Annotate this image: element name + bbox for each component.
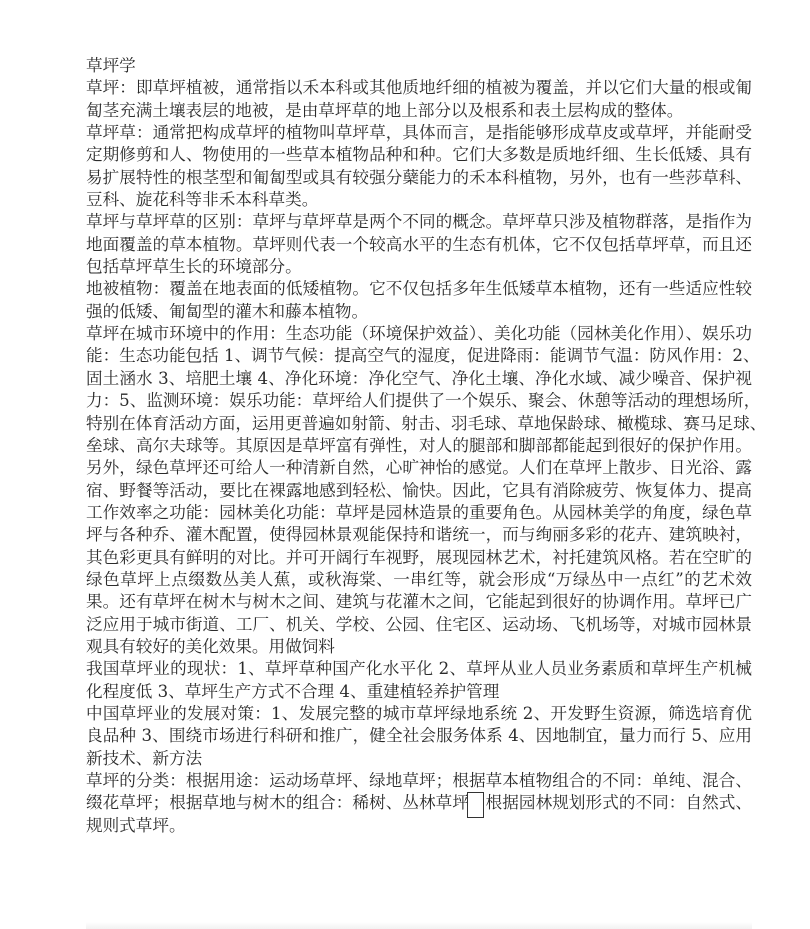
paragraph-lawn-definition: 草坪：即草坪植被，通常指以禾本科或其他质地纤细的植被为覆盖，并以它们大量的根或匍… [86, 77, 752, 122]
paragraph-classification: 草坪的分类：根据用途：运动场草坪、绿地草坪；根据草本植物组合的不同：单纯、混合、… [86, 770, 752, 837]
text-line: 草坪草：通常把构成草坪的植物叫草坪草，具体而言，是指能够形成草皮或草坪，并能耐受 [86, 122, 752, 144]
text-line: 包括草坪草生长的环境部分。 [86, 256, 752, 278]
text-line: 新技术、新方法 [86, 748, 752, 770]
document-body: 草坪学 草坪：即草坪植被，通常指以禾本科或其他质地纤细的植被为覆盖，并以它们大量… [86, 55, 752, 837]
paragraph-industry-status: 我国草坪业的现状：1、草坪草种国产化水平化 2、草坪从业人员业务素质和草坪生产机… [86, 658, 752, 703]
text-line: 规则式草坪。 [86, 815, 752, 837]
text-line: 力：5、监测环境：娱乐功能：草坪给人们提供了一个娱乐、聚会、休憩等活动的理想场所… [86, 390, 752, 412]
text-line: 我国草坪业的现状：1、草坪草种国产化水平化 2、草坪从业人员业务素质和草坪生产机… [86, 658, 752, 680]
text-line: 固土涵水 3、培肥土壤 4、净化环境：净化空气、净化土壤、净化水域、减少噪音、保… [86, 368, 752, 390]
text-line: 草坪的分类：根据用途：运动场草坪、绿地草坪；根据草本植物组合的不同：单纯、混合、 [86, 770, 752, 792]
text-line: 定期修剪和人、物使用的一些草本植物品种和种。它们大多数是质地纤细、生长低矮、具有 [86, 144, 752, 166]
text-line: 草坪与草坪草的区别：草坪与草坪草是两个不同的概念。草坪草只涉及植物群落，是指作为 [86, 211, 752, 233]
paragraph-ground-cover: 地被植物：覆盖在地表面的低矮植物。它不仅包括多年生低矮草本植物，还有一些适应性较… [86, 278, 752, 323]
text-line: 中国草坪业的发展对策：1、发展完整的城市草坪绿地系统 2、开发野生资源，筛选培育… [86, 703, 752, 725]
paragraph-turfgrass-definition: 草坪草：通常把构成草坪的植物叫草坪草，具体而言，是指能够形成草皮或草坪，并能耐受… [86, 122, 752, 211]
document-title: 草坪学 [86, 55, 752, 77]
text-line: 其色彩更具有鲜明的对比。并可开阔行车视野，展现园林艺术，衬托建筑风格。若在空旷的 [86, 547, 752, 569]
text-line: 工作效率之功能：园林美化功能：草坪是园林造景的重要角色。从园林美学的角度，绿色草 [86, 502, 752, 524]
text-line: 匐茎充满土壤表层的地被，是由草坪草的地上部分以及根系和表土层构成的整体。 [86, 100, 752, 122]
text-line: 良品种 3、围绕市场进行科研和推广，健全社会服务体系 4、因地制宜，量力而行 5… [86, 725, 752, 747]
text-line: 泛应用于城市街道、工厂、机关、学校、公园、住宅区、运动场、飞机场等，对城市园林景 [86, 614, 752, 636]
text-line: 垒球、高尔夫球等。其原因是草坪富有弹性，对人的腿部和脚部都能起到很好的保护作用。 [86, 435, 752, 457]
text-line: 坪与各种乔、灌木配置，使得园林景观能保持和谐统一，而与绚丽多彩的花卉、建筑映衬， [86, 524, 752, 546]
text-line: 另外，绿色草坪还可给人一种清新自然，心旷神怡的感觉。人们在草坪上散步、日光浴、露 [86, 457, 752, 479]
paragraph-urban-functions: 草坪在城市环境中的作用：生态功能（环境保护效益）、美化功能（园林美化作用）、娱乐… [86, 323, 752, 658]
document-page: 草坪学 草坪：即草坪植被，通常指以禾本科或其他质地纤细的植被为覆盖，并以它们大量… [0, 0, 810, 929]
text-line: 地面覆盖的草本植物。草坪则代表一个较高水平的生态有机体，它不仅包括草坪草，而且还 [86, 234, 752, 256]
text-line: 绿色草坪上点缀数丛美人蕉，或秋海棠、一串红等，就会形成“万绿丛中一点红”的艺术效 [86, 569, 752, 591]
text-line: 豆科、旋花科等非禾本科草类。 [86, 189, 752, 211]
text-line: 能：生态功能包括 1、调节气候：提高空气的湿度，促进降雨：能调节气温：防风作用：… [86, 345, 752, 367]
text-line: 宿、野餐等活动，要比在裸露地感到轻松、愉快。因此，它具有消除疲劳、恢复体力、提高 [86, 480, 752, 502]
text-line: 缀花草坪；根据草地与树木的组合：稀树、丛林草坪；根据园林规划形式的不同：自然式、 [86, 792, 752, 814]
text-line: 草坪在城市环境中的作用：生态功能（环境保护效益）、美化功能（园林美化作用）、娱乐… [86, 323, 752, 345]
text-line: 易扩展特性的根茎型和匍匐型或具有较强分蘖能力的禾本科植物，另外，也有一些莎草科、 [86, 167, 752, 189]
text-line: 特别在体育活动方面，运用更普遍如射箭、射击、羽毛球、草地保龄球、橄榄球、赛马足球… [86, 413, 752, 435]
text-line: 草坪：即草坪植被，通常指以禾本科或其他质地纤细的植被为覆盖，并以它们大量的根或匍 [86, 77, 752, 99]
text-line: 果。还有草坪在树木与树木之间、建筑与花灌木之间，它能起到很好的协调作用。草坪已广 [86, 591, 752, 613]
text-line: 强的低矮、匍匐型的灌木和藤本植物。 [86, 301, 752, 323]
page-bottom-edge [86, 922, 752, 929]
paragraph-difference: 草坪与草坪草的区别：草坪与草坪草是两个不同的概念。草坪草只涉及植物群落，是指作为… [86, 211, 752, 278]
text-line: 地被植物：覆盖在地表面的低矮植物。它不仅包括多年生低矮草本植物，还有一些适应性较 [86, 278, 752, 300]
text-cursor-box-icon [467, 792, 484, 818]
text-line: 化程度低 3、草坪生产方式不合理 4、重建植轻养护管理 [86, 681, 752, 703]
paragraph-development-strategy: 中国草坪业的发展对策：1、发展完整的城市草坪绿地系统 2、开发野生资源，筛选培育… [86, 703, 752, 770]
text-line: 观具有较好的美化效果。用做饲料 [86, 636, 752, 658]
